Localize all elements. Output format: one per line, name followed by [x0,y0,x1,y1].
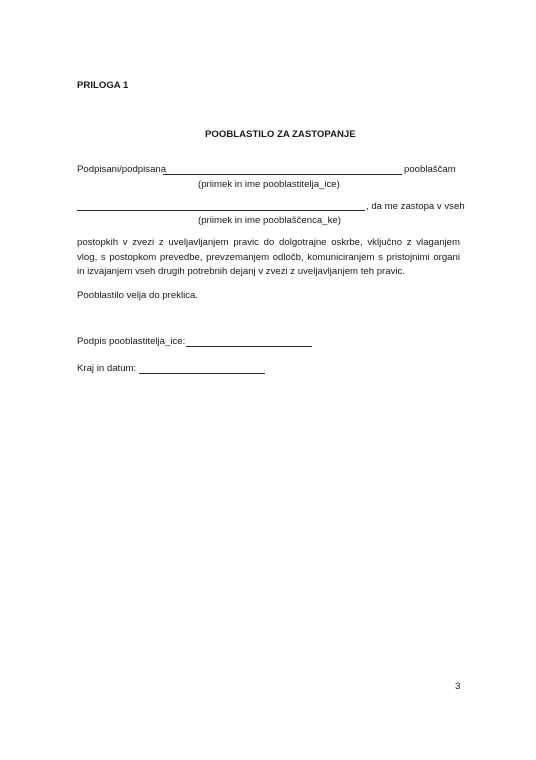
agent-caption: (priimek in ime pooblaščenca_ke) [198,215,341,227]
grantor-name-field[interactable] [163,174,402,175]
page-number: 3 [455,681,460,693]
place-date-label: Kraj in datum: [77,363,136,375]
document-page: PRILOGA 1 POOBLASTILO ZA ZASTOPANJE Podp… [0,0,536,760]
annex-label: PRILOGA 1 [77,80,128,92]
grantor-label: Podpisani/podpisana [77,164,166,176]
signature-label: Podpis pooblastitelja_ice: [77,336,185,348]
signature-field[interactable] [186,346,312,347]
grantor-caption: (priimek in ime pooblastitelja_ice) [198,179,340,191]
place-date-field[interactable] [139,373,265,374]
document-title: POOBLASTILO ZA ZASTOPANJE [205,129,356,141]
validity-statement: Pooblastilo velja do preklica. [77,290,198,302]
grantor-suffix: pooblaščam [404,164,456,176]
scope-paragraph: postopkih v zvezi z uveljavljanjem pravi… [77,236,460,280]
agent-name-field[interactable] [77,210,365,211]
agent-suffix: , da me zastopa v vseh [366,201,465,213]
